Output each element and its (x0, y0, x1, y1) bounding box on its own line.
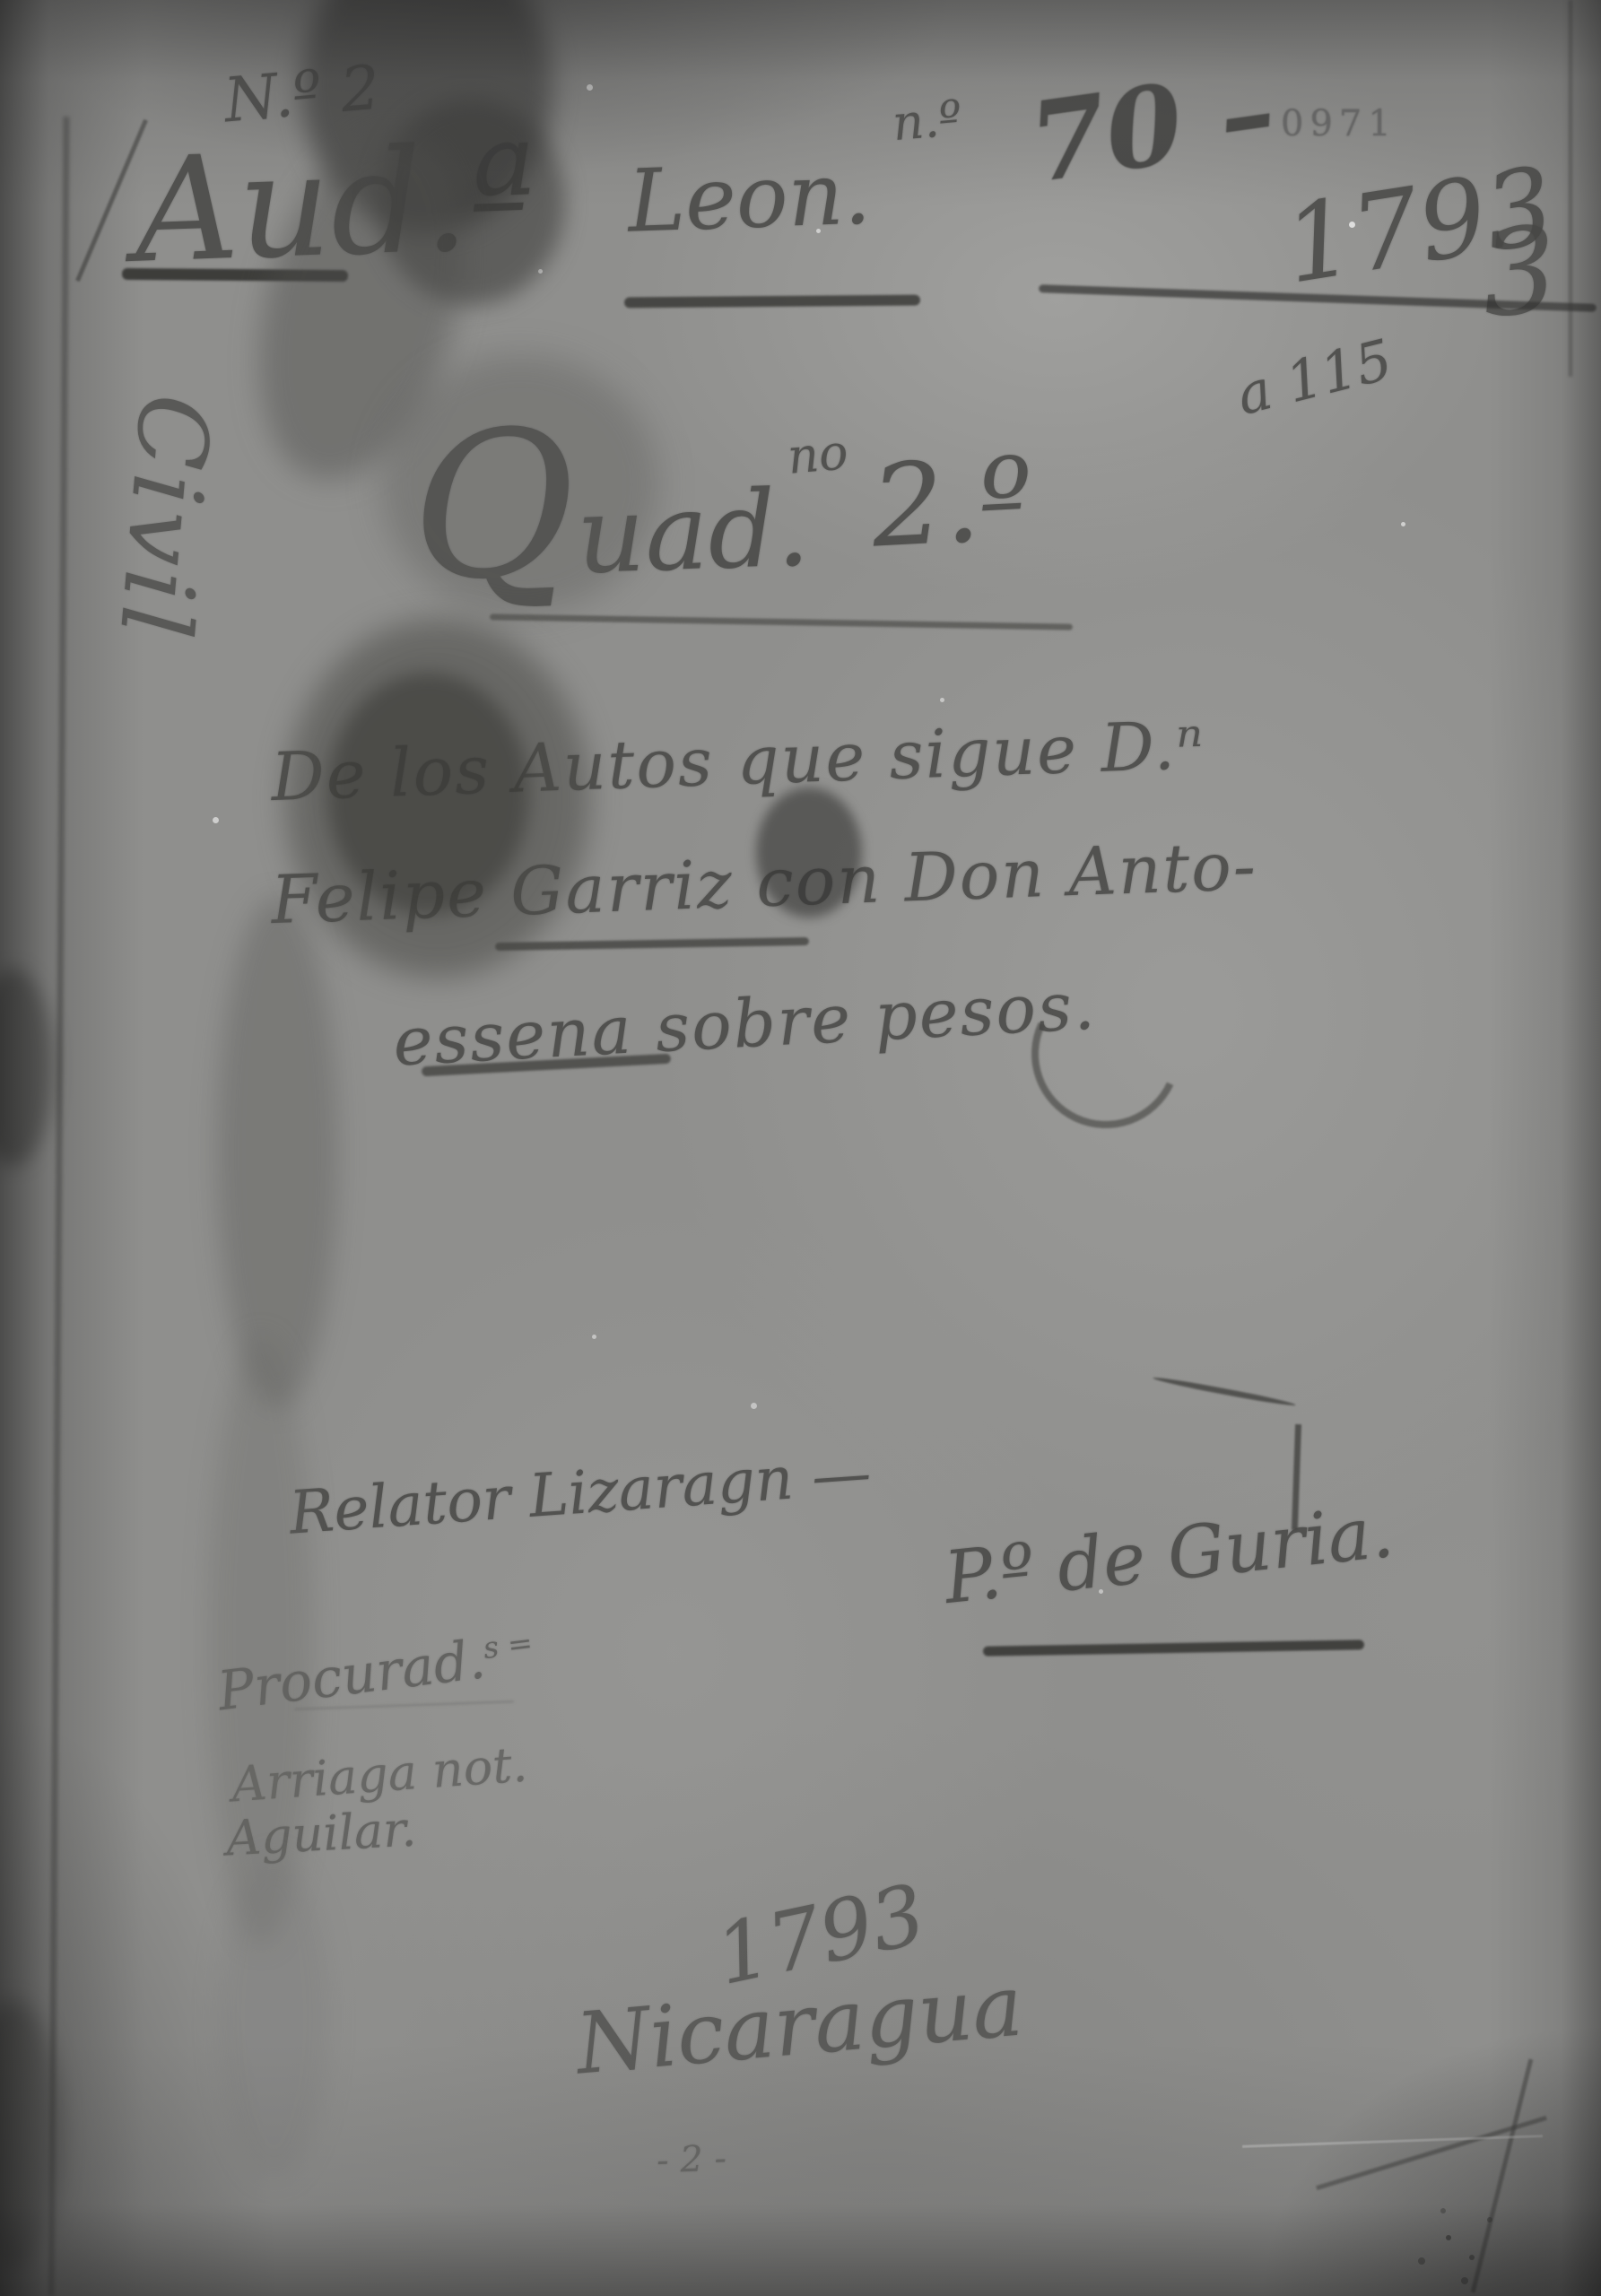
footer-place-name: Nicaragua (573, 1964, 1026, 2087)
ink-stain-ribbon-upper (217, 897, 338, 1408)
file-number-pencil: 70 – (1023, 56, 1282, 198)
underline-audiencia (122, 268, 348, 282)
ink-spatter (1446, 2235, 1451, 2240)
year-overwritten-digit: 3 (1476, 211, 1562, 335)
corner-fold-crease (1316, 2116, 1547, 2190)
corner-fold-crease (1471, 2058, 1534, 2292)
escribano-name: P.º de Guria. (941, 1496, 1397, 1614)
manuscript-cover-page: N.º 2 Aud.ª Leon. n.º 70 – 0971 1793 3 a… (0, 0, 1601, 2296)
underline-city (624, 295, 920, 309)
procurador-name-2: Aguilar. (225, 1805, 418, 1863)
audiencia-abbreviation: Aud.ª (132, 126, 538, 283)
procurador-label-superscript: s = (482, 1625, 535, 1665)
left-edge-blotch-lower (0, 2000, 63, 2269)
underline-cuaderno (490, 613, 1073, 630)
book-spine-line (48, 117, 70, 2296)
underline-escribano (983, 1639, 1364, 1656)
city-name: Leon. (626, 150, 872, 244)
case-description-line-3: essena sobre pesos. (392, 973, 1098, 1076)
left-edge-blotch-upper (0, 969, 54, 1166)
case-description-line-2: Felipe Garriz con Don Anto- (270, 833, 1258, 934)
underline-surname-garriz (495, 937, 809, 951)
file-number-prefix: n.º (891, 94, 964, 149)
case-description-line-1: De los Autos que sigue D.ⁿ (270, 712, 1206, 811)
right-edge-crease (1569, 0, 1572, 377)
ink-stain-ribbon-fade (218, 1857, 330, 2179)
light-scratch-line (1242, 2135, 1543, 2148)
archive-stamp-number: 0971 (1281, 106, 1397, 142)
cuaderno-superscript: no (786, 428, 850, 482)
cuaderno-number: 2.º (869, 442, 1036, 563)
procurador-label-text: Procurad. (214, 1628, 489, 1723)
margin-category: Civil (104, 391, 222, 648)
cuaderno-word: Quad. (407, 395, 812, 610)
folio-count: a 115 (1231, 332, 1397, 423)
procurador-name-1: Arriaga not. (231, 1741, 529, 1810)
ink-doodle-horizontal (1153, 1376, 1297, 1407)
page-number: - 2 - (656, 2141, 727, 2179)
relator-line: Relator Lizaragn — (287, 1443, 873, 1543)
